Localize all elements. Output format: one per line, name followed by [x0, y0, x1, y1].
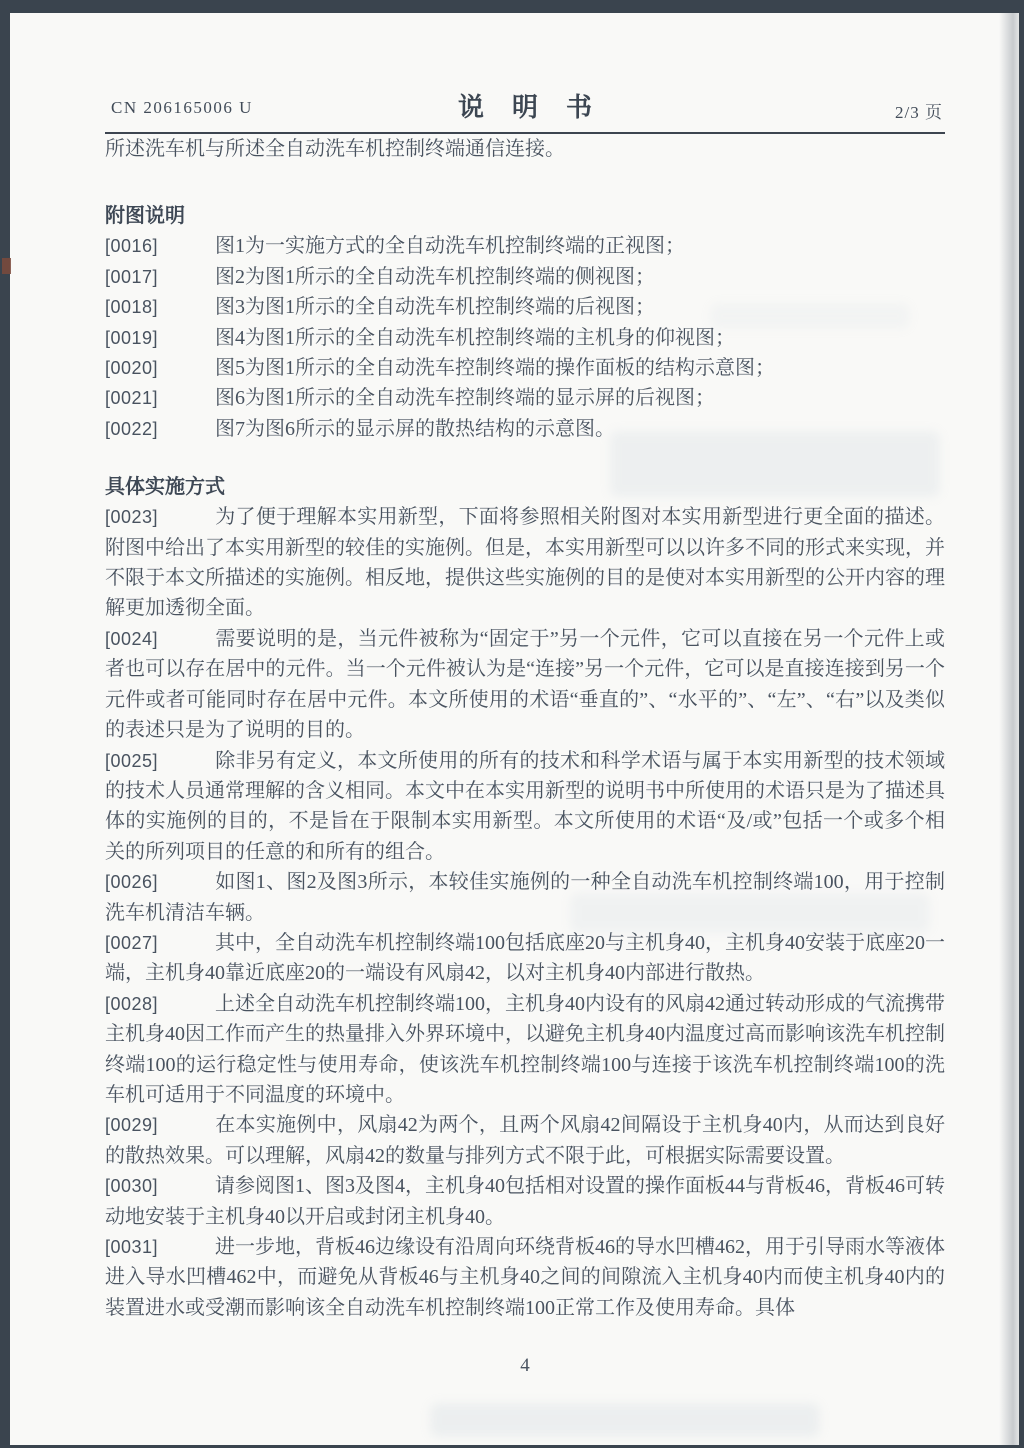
paragraph-text: 图4为图1所示的全自动洗车机控制终端的主机身的仰视图； — [215, 327, 735, 349]
scan-mark — [2, 258, 11, 274]
paragraph-0023: [0023]为了便于理解本实用新型，下面将参照相关附图对本实用新型进行更全面的描… — [105, 502, 945, 624]
paragraph-0024: [0024]需要说明的是，当元件被称为“固定于”另一个元件，它可以直接在另一个元… — [105, 624, 945, 746]
paragraph-0020: [0020]图5为图1所示的全自动洗车控制终端的操作面板的结构示意图； — [105, 353, 945, 383]
paragraph-text: 其中，全自动洗车机控制终端100包括底座20与主机身40，主机身40安装于底座2… — [105, 932, 945, 984]
paragraph-0028: [0028]上述全自动洗车机控制终端100，主机身40内设有的风扇42通过转动形… — [105, 989, 945, 1111]
page-content: CN 206165006 U 说明书 2/3 页 所述洗车机与所述全自动洗车机控… — [105, 13, 945, 1323]
paragraph-text: 为了便于理解本实用新型，下面将参照相关附图对本实用新型进行更全面的描述。附图中给… — [105, 506, 945, 619]
paragraph-0031: [0031]进一步地，背板46边缘设有沿周向环绕背板46的导水凹槽462，用于引… — [105, 1232, 945, 1323]
paragraph-number: [0018] — [105, 292, 215, 322]
paragraph-number: [0028] — [105, 989, 215, 1019]
paragraph-0018: [0018]图3为图1所示的全自动洗车机控制终端的后视图； — [105, 292, 945, 322]
paragraph-number: [0016] — [105, 231, 215, 261]
paragraph-number: [0030] — [105, 1171, 215, 1201]
paragraph-text: 图2为图1所示的全自动洗车机控制终端的侧视图； — [215, 266, 655, 288]
paragraph-number: [0019] — [105, 323, 215, 353]
section-heading-detailed-description: 具体实施方式 — [105, 472, 945, 502]
paragraph-number: [0024] — [105, 624, 215, 654]
paragraph-text: 上述全自动洗车机控制终端100，主机身40内设有的风扇42通过转动形成的气流携带… — [105, 993, 945, 1106]
paragraph-text: 需要说明的是，当元件被称为“固定于”另一个元件，它可以直接在另一个元件上或者也可… — [105, 628, 945, 741]
paragraph-0027: [0027]其中，全自动洗车机控制终端100包括底座20与主机身40，主机身40… — [105, 928, 945, 989]
paragraph-text: 图6为图1所示的全自动洗车控制终端的显示屏的后视图； — [215, 387, 715, 409]
paragraph-0026: [0026]如图1、图2及图3所示，本较佳实施例的一种全自动洗车机控制终端100… — [105, 867, 945, 928]
page-indicator: 2/3 页 — [895, 98, 943, 123]
paragraph-0025: [0025]除非另有定义，本文所使用的所有的技术和科学术语与属于本实用新型的技术… — [105, 746, 945, 868]
paragraph-number: [0022] — [105, 414, 215, 444]
paragraph-text: 进一步地，背板46边缘设有沿周向环绕背板46的导水凹槽462，用于引导雨水等液体… — [105, 1236, 945, 1319]
paragraph-text: 在本实施例中，风扇42为两个，且两个风扇42间隔设于主机身40内，从而达到良好的… — [105, 1114, 945, 1166]
paragraph-0019: [0019]图4为图1所示的全自动洗车机控制终端的主机身的仰视图； — [105, 323, 945, 353]
paragraph-number: [0026] — [105, 867, 215, 897]
paragraph-number: [0020] — [105, 353, 215, 383]
page-header: CN 206165006 U 说明书 2/3 页 — [105, 91, 945, 123]
paragraph-0017: [0017]图2为图1所示的全自动洗车机控制终端的侧视图； — [105, 262, 945, 292]
paragraph-text: 图3为图1所示的全自动洗车机控制终端的后视图； — [215, 296, 655, 318]
ink-bleed-artifact — [430, 1403, 820, 1437]
paragraph-text: 图1为一实施方式的全自动洗车机控制终端的正视图； — [215, 235, 685, 257]
paragraph-number: [0017] — [105, 262, 215, 292]
paragraph-text: 图7为图6所示的显示屏的散热结构的示意图。 — [215, 418, 615, 440]
paragraph-text: 图5为图1所示的全自动洗车控制终端的操作面板的结构示意图； — [215, 357, 775, 379]
paragraph-number: [0027] — [105, 928, 215, 958]
paragraph-number: [0021] — [105, 383, 215, 413]
paragraph-0016: [0016]图1为一实施方式的全自动洗车机控制终端的正视图； — [105, 231, 945, 261]
footer-page-number: 4 — [105, 1355, 945, 1377]
patent-number: CN 206165006 U — [111, 98, 253, 118]
paragraph-text: 除非另有定义，本文所使用的所有的技术和科学术语与属于本实用新型的技术领域的技术人… — [105, 750, 945, 863]
paragraph-number: [0023] — [105, 502, 215, 532]
document-title: 说明书 — [430, 87, 620, 124]
scan-edge-shadow — [999, 13, 1019, 1445]
paragraph-0029: [0029]在本实施例中，风扇42为两个，且两个风扇42间隔设于主机身40内，从… — [105, 1110, 945, 1171]
paragraph-number: [0031] — [105, 1232, 215, 1262]
intro-line: 所述洗车机与所述全自动洗车机控制终端通信连接。 — [105, 134, 945, 164]
section-heading-figure-description: 附图说明 — [105, 201, 945, 231]
paragraph-number: [0025] — [105, 746, 215, 776]
paragraph-text: 如图1、图2及图3所示，本较佳实施例的一种全自动洗车机控制终端100，用于控制洗… — [105, 871, 945, 923]
paragraph-0022: [0022]图7为图6所示的显示屏的散热结构的示意图。 — [105, 414, 945, 444]
paragraph-0030: [0030]请参阅图1、图3及图4，主机身40包括相对设置的操作面板44与背板4… — [105, 1171, 945, 1232]
paragraph-text: 请参阅图1、图3及图4，主机身40包括相对设置的操作面板44与背板46，背板46… — [105, 1175, 945, 1227]
patent-page: CN 206165006 U 说明书 2/3 页 所述洗车机与所述全自动洗车机控… — [10, 13, 1019, 1445]
paragraph-number: [0029] — [105, 1110, 215, 1140]
paragraph-0021: [0021]图6为图1所示的全自动洗车控制终端的显示屏的后视图； — [105, 383, 945, 413]
